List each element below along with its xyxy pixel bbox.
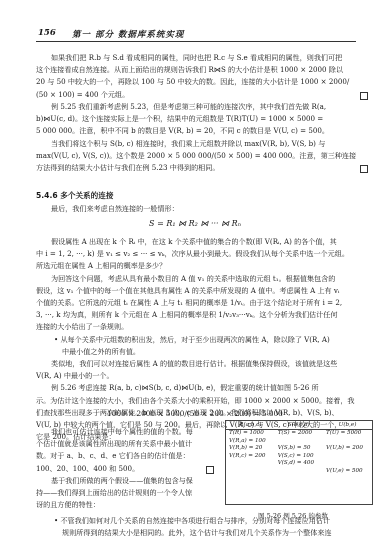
- column-header: U(b,e): [323, 421, 372, 430]
- end-of-example-box-icon: [206, 466, 214, 474]
- property-bullet: • 不管我们如何对几个关系的自然连接中各项进行组合与排序，分别对每个连接应用估计…: [36, 515, 368, 539]
- end-of-example-box-icon: [360, 92, 368, 100]
- table-row: T(R) = 1000 T(S) = 2000 T(U) = 5000: [226, 430, 372, 438]
- running-header: 156 第一 部分 数据库系统实现: [36, 27, 356, 42]
- section-heading-5-4-6: 5.4.6 多个关系的连接: [36, 190, 113, 201]
- paragraph-probability-analysis: 假设属性 A 出现在 k 个 Rᵢ 中，在这 k 个关系中值的集合的个数(即 V…: [36, 236, 368, 334]
- estimate-formula: 1000 × 2000 × 5000/(50 × 200 × 200) = 5 …: [0, 409, 390, 418]
- table-row: V(S,d) = 400: [226, 460, 372, 468]
- chapter-title: 第一 部分 数据库系统实现: [72, 28, 184, 40]
- figure-5-26-table: R(a,b,c) S(b,c,d) U(b,e) T(R) = 1000 T(S…: [225, 420, 373, 505]
- table-row: V(R,a) = 100: [226, 438, 372, 446]
- example-5-25: 例 5.25 我们重新考虑例 5.23，但是考虑第三种可能的连接次序，其中我们首…: [36, 101, 368, 174]
- rule-bullet: • 从每个关系中元组数的积出发，然后，对于至少出现两次的属性 A，除以除了 V(…: [36, 334, 368, 358]
- general-join-formula: S = R₁ ⋈ R₂ ⋈ ··· ⋈ Rₙ: [0, 219, 390, 228]
- table-row: V(U,e) = 500: [226, 468, 372, 476]
- table-row: V(R,c) = 200 V(S,c) = 100: [226, 453, 372, 461]
- paragraph-natural-join-view: 如果我们把 R.b 与 S.d 看成相同的属性，同时也把 R.c 与 S.e 看…: [36, 52, 368, 101]
- column-header: R(a,b,c): [226, 421, 275, 430]
- paragraph-attribute-estimates: 我们也可估计连接中每个属性的值的个数。每 个估计值就是该属性所出现的所有关系中最…: [36, 426, 214, 511]
- table-row: V(R,b) = 20 V(S,b) = 50 V(U,b) = 200: [226, 445, 372, 453]
- book-page: 156 第一 部分 数据库系统实现 如果我们把 R.b 与 S.d 看成相同的属…: [0, 0, 390, 546]
- column-header: S(b,c,d): [275, 421, 323, 430]
- section-intro: 最后，我们来考虑自然连接的一般情形：: [36, 203, 368, 215]
- page-number: 156: [38, 28, 56, 38]
- end-of-example-box-icon: [360, 165, 368, 173]
- statistics-table: R(a,b,c) S(b,c,d) U(b,e) T(R) = 1000 T(S…: [226, 421, 372, 475]
